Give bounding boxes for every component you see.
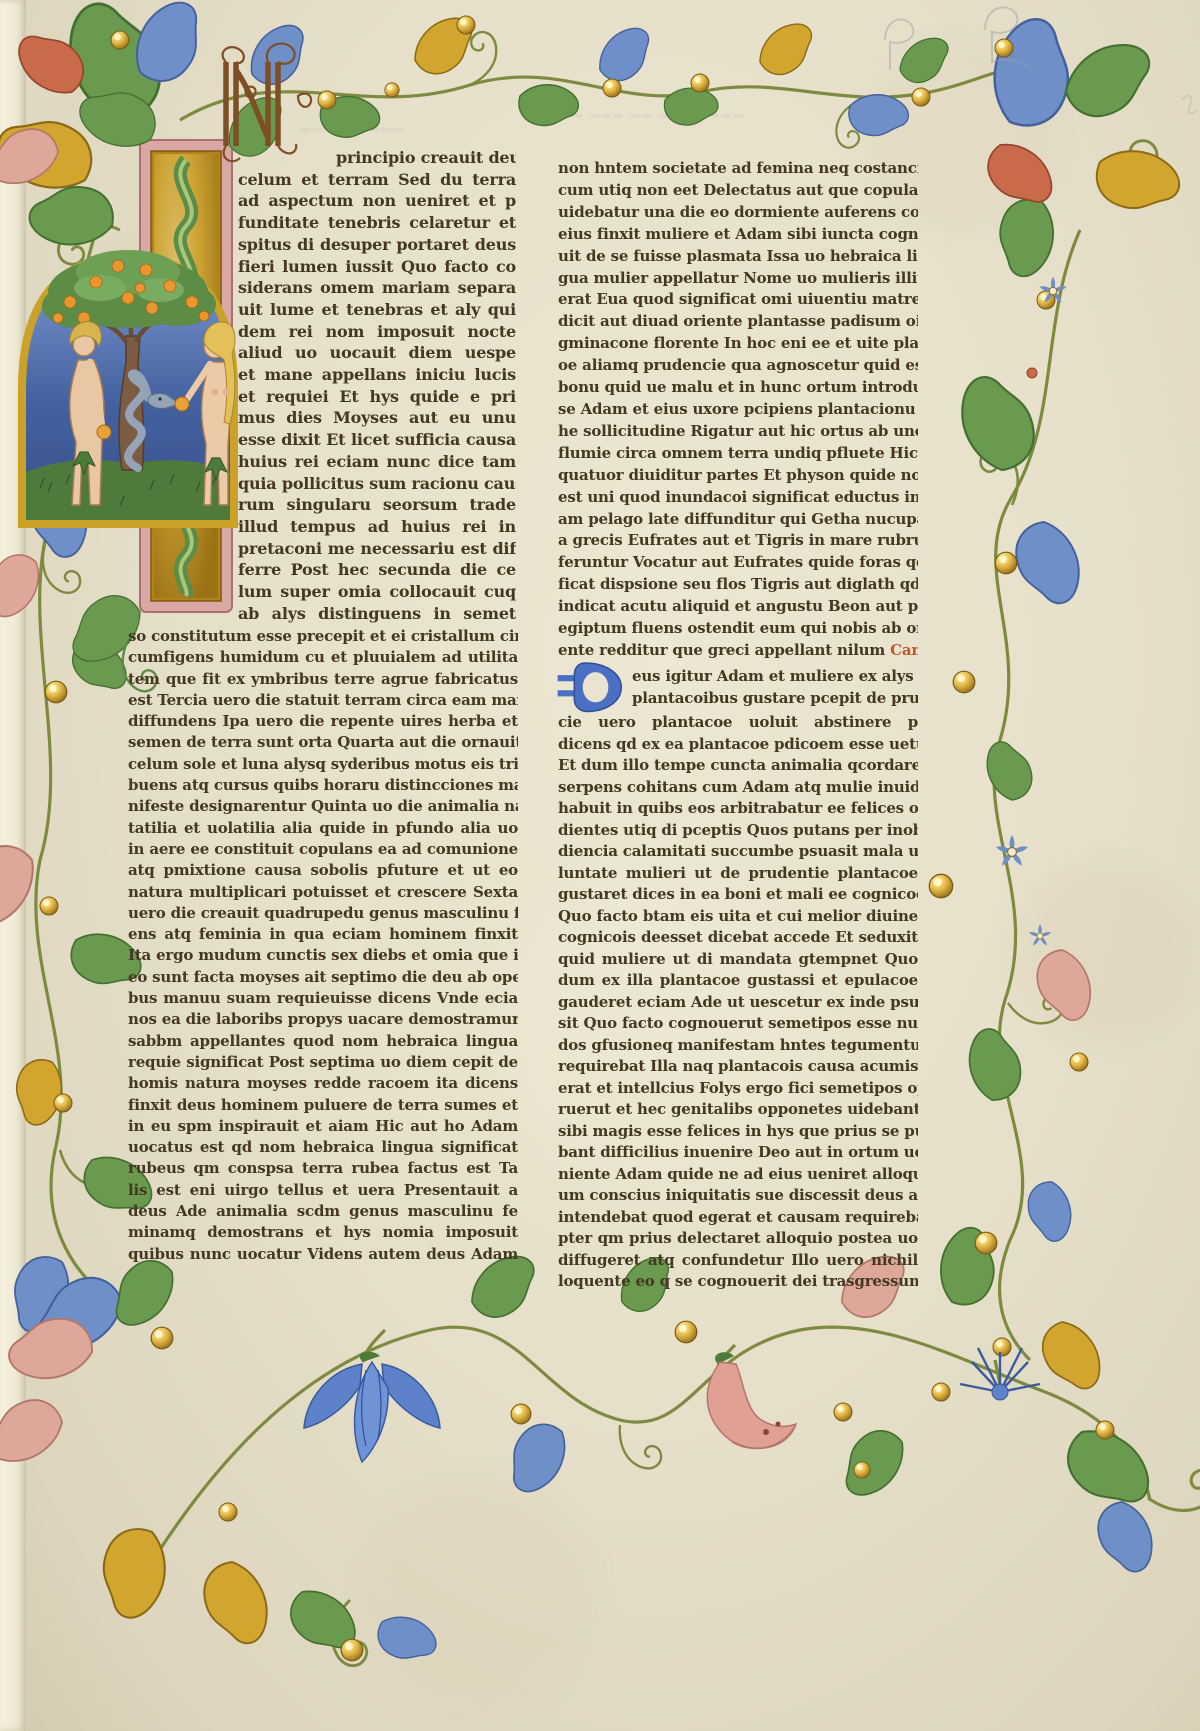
text-line: requie significat Post septima uo diem c… bbox=[128, 1052, 518, 1073]
eve-apple bbox=[175, 397, 189, 411]
text-line: rum singularu seorsum trade bbox=[238, 494, 516, 516]
text-line: finxit deus hominem puluere de terra sum… bbox=[128, 1095, 518, 1116]
text-line: eius finxit muliere et Adam sibi iuncta … bbox=[558, 224, 918, 246]
text-line: cum utiq non eet Delectatus aut que copu… bbox=[558, 180, 918, 202]
red-berry bbox=[1027, 368, 1037, 378]
text-line: nifeste designarentur Quinta uo die anim… bbox=[128, 796, 518, 817]
text-line: ad aspectum non ueniret et p bbox=[238, 190, 516, 212]
text-line: uidebatur una die eo dormiente auferens … bbox=[558, 202, 918, 224]
text-line: spitus di desuper portaret deus bbox=[238, 234, 516, 256]
nilum-line-text: ente redditur que greci appellant nilum bbox=[558, 641, 885, 659]
text-line: est Tercia uero die statuit terram circa… bbox=[128, 690, 518, 711]
text-line: diencia calamitati succumbe psuasit mala… bbox=[558, 841, 918, 863]
text-line: serpens cohitans cum Adam atq mulie inui… bbox=[558, 777, 918, 799]
manuscript-page: { "document": { "type": "Illuminated man… bbox=[0, 0, 1200, 1731]
text-line: et requiei Et hys quide e pri bbox=[238, 386, 516, 408]
text-line: cognicois deesset dicebat accede Et sedu… bbox=[558, 927, 918, 949]
text-line: indicat acutu aliquid et angustu Beon au… bbox=[558, 596, 918, 618]
text-line: niente Adam quide ne ad eius ueniret all… bbox=[558, 1164, 918, 1186]
left-column-upper: principio creauit deuscelum et terram Se… bbox=[238, 147, 516, 624]
pink-trumpet-flower bbox=[707, 1352, 796, 1448]
text-line: am pelago late diffunditur qui Getha nuc… bbox=[558, 509, 918, 531]
text-line: luntate mulieri ut de prudentie plantaco… bbox=[558, 863, 918, 885]
text-line: dientes utiq di pceptis Quos putans per … bbox=[558, 820, 918, 842]
text-line: quibus nunc uocatur Videns autem deus Ad… bbox=[128, 1244, 518, 1265]
text-line: lum super omia collocauit cuq bbox=[238, 581, 516, 603]
text-line: semen de terra sunt orta Quarta aut die … bbox=[128, 732, 518, 753]
text-line: Ita ergo mudum cunctis sex diebs et omia… bbox=[128, 945, 518, 966]
text-line: diffugeret atq confundetur Illo uero nic… bbox=[558, 1250, 918, 1272]
left-upper-lines: principio creauit deuscelum et terram Se… bbox=[238, 147, 516, 624]
text-line: Quo facto btam eis uita et cui melior di… bbox=[558, 906, 918, 928]
text-line: Et dum illo tempe cuncta animalia qcorda… bbox=[558, 755, 918, 777]
right-upper-lines: non hntem societate ad femina neq costan… bbox=[558, 158, 918, 640]
right-column-upper: non hntem societate ad femina neq costan… bbox=[558, 158, 918, 662]
text-line: dicit aut diuad oriente plantasse padisu… bbox=[558, 311, 918, 333]
text-line: feruntur Vocatur aut Eufrates quide fora… bbox=[558, 552, 918, 574]
text-line: habuit in quibs eos arbitrabatur ee feli… bbox=[558, 798, 918, 820]
text-line: rubeus qm conspsa terra rubea factus est… bbox=[128, 1158, 518, 1179]
text-line: loquente eo q se cognouerit dei trasgres… bbox=[558, 1271, 918, 1293]
text-line: ferre Post hec secunda die ce bbox=[238, 559, 516, 581]
text-line: lis est eni uirgo tellus et uera Present… bbox=[128, 1180, 518, 1201]
text-line: et mane appellans iniciu lucis bbox=[238, 364, 516, 386]
text-line: uit de se fuisse plasmata Issa uo hebrai… bbox=[558, 246, 918, 268]
text-line: pretaconi me necessariu est dif bbox=[238, 538, 516, 560]
text-line: quid muliere ut di mandata gtempnet Quo bbox=[558, 949, 918, 971]
text-line: bant difficilius inuenire Deo aut in ort… bbox=[558, 1142, 918, 1164]
text-line: uocatus est qd nom hebraica lingua signi… bbox=[128, 1137, 518, 1158]
text-line: cumfigens humidum cu et pluuialem ad uti… bbox=[128, 647, 518, 668]
text-line: homis natura moyses redde racoem ita dic… bbox=[128, 1073, 518, 1094]
text-line: mus dies Moyses aut eu unu bbox=[238, 407, 516, 429]
text-line: intendebat quod egerat et causam require… bbox=[558, 1207, 918, 1229]
text-line: gua mulier appellatur Nome uo mulieris i… bbox=[558, 268, 918, 290]
margin-flowers bbox=[995, 277, 1067, 947]
right-column-d-indent: eus igitur Adam et muliere ex alys qdepl… bbox=[632, 666, 918, 710]
text-line: dum ex illa plantacoe gustassi et epulac… bbox=[558, 970, 918, 992]
text-line: erat Eua quod significat omi uiuentiu ma… bbox=[558, 289, 918, 311]
text-line: quia pollicitus sum racionu causa bbox=[238, 473, 516, 495]
right-lower-lines: cie uero plantacoe uoluit abstinere pdic… bbox=[558, 712, 918, 1293]
text-line: tatilia et uolatilia alia quide in pfund… bbox=[128, 818, 518, 839]
text-line: ens atq feminia in qua eciam hominem fin… bbox=[128, 924, 518, 945]
text-line: non hntem societate ad femina neq costan… bbox=[558, 158, 918, 180]
text-line: esse dixit Et licet sufficia causa bbox=[238, 429, 516, 451]
text-line: fieri lumen iussit Quo facto co bbox=[238, 256, 516, 278]
adam-and-eve-miniature bbox=[22, 250, 235, 524]
text-line: celum et terram Sed du terra bbox=[238, 169, 516, 191]
text-line: gustaret dices in ea boni et mali ee cog… bbox=[558, 884, 918, 906]
text-line: illud tempus ad huius rei in bbox=[238, 516, 516, 538]
right-d-lines: eus igitur Adam et muliere ex alys qdepl… bbox=[632, 666, 918, 710]
text-line: natura multiplicari potuisset et crescer… bbox=[128, 882, 518, 903]
text-line: requirebat Illa naq plantacois causa acu… bbox=[558, 1056, 918, 1078]
text-line: deus Ade animalia scdm genus masculinu f… bbox=[128, 1201, 518, 1222]
text-line: eo sunt facta moyses ait septimo die deu… bbox=[128, 967, 518, 988]
text-line: he sollicitudine Rigatur aut hic ortus a… bbox=[558, 421, 918, 443]
text-line: bonu quid ue malu et in hunc ortum intro… bbox=[558, 377, 918, 399]
text-line: aliud uo uocauit diem uespe bbox=[238, 342, 516, 364]
text-line: nos ea die laboribs propys uacare demost… bbox=[128, 1009, 518, 1030]
text-line: ab alys distinguens in semet bbox=[238, 603, 516, 625]
text-line: siderans omem mariam separa bbox=[238, 277, 516, 299]
text-line: erat et intellcius Folys ergo fici semet… bbox=[558, 1078, 918, 1100]
text-line: sibi magis esse felices in hys que prius… bbox=[558, 1121, 918, 1143]
text-line: gauderet eciam Ade ut uescetur ex inde p… bbox=[558, 992, 918, 1014]
text-line: tem que fit ex ymbribus terre agrue fabr… bbox=[128, 669, 518, 690]
text-line: cie uero plantacoe uoluit abstinere p bbox=[558, 712, 918, 734]
text-line: minamq demostrans et hys nomia imposuit bbox=[128, 1222, 518, 1243]
adam-apple bbox=[97, 425, 111, 439]
text-line: so constitutum esse precepit et ei crist… bbox=[128, 626, 518, 647]
text-line: ruerut et hec genitalibs opponetes uideb… bbox=[558, 1099, 918, 1121]
text-line: se Adam et eius uxore pcipiens plantacio… bbox=[558, 399, 918, 421]
text-line: huius rei eciam nunc dice tam bbox=[238, 451, 516, 473]
text-line: uero die creauit quadrupedu genus mascul… bbox=[128, 903, 518, 924]
text-line: uit lume et tenebras et aly qui bbox=[238, 299, 516, 321]
text-line: celum sole et luna alysq syderibus motus… bbox=[128, 754, 518, 775]
text-line: atq pmixtione causa sobolis pfuture et u… bbox=[128, 860, 518, 881]
text-line: in eu spm inspirauit et aiam Hic aut ho … bbox=[128, 1116, 518, 1137]
text-line: dos gfusioneq manifestam hntes tegumentu… bbox=[558, 1035, 918, 1057]
blue-lily-flower bbox=[304, 1352, 440, 1462]
left-lower-lines: so constitutum esse precepit et ei crist… bbox=[128, 626, 518, 1265]
left-column-lower: so constitutum esse precepit et ei crist… bbox=[128, 626, 518, 1265]
serpent-eye bbox=[158, 397, 161, 400]
text-line: egiptum fluens ostendit eum qui nobis ab… bbox=[558, 618, 918, 640]
text-line: sabbm appellantes quod nom hebraica ling… bbox=[128, 1031, 518, 1052]
text-line: quatuor diuiditur partes Et physon quide… bbox=[558, 465, 918, 487]
nilum-rubric-line: ente redditur que greci appellant nilum … bbox=[558, 640, 918, 662]
text-line: dem rei nom imposuit nocte bbox=[238, 321, 516, 343]
text-line: plantacoibus gustare pcepit de prude bbox=[632, 688, 918, 710]
text-line: principio creauit deus bbox=[238, 147, 516, 169]
text-line: pter qm prius delectaret alloquio postea… bbox=[558, 1228, 918, 1250]
text-line: oe aliamq prudencie qua agnoscetur quid … bbox=[558, 355, 918, 377]
text-line: diffundens Ipa uero die repente uires he… bbox=[128, 711, 518, 732]
chapter-rubric: Camy bbox=[890, 641, 918, 659]
text-line: gminacone florente In hoc eni ee et uite… bbox=[558, 333, 918, 355]
text-line: sit Quo facto cognouerut semetipos esse … bbox=[558, 1013, 918, 1035]
lombard-initial-d bbox=[556, 660, 632, 716]
text-line: dicens qd ex ea plantacoe pdicoem esse u… bbox=[558, 734, 918, 756]
text-line: funditate tenebris celaretur et bbox=[238, 212, 516, 234]
text-line: bus manuu suam requieuisse dicens Vnde e… bbox=[128, 988, 518, 1009]
text-line: um conscius iniquitatis sue discessit de… bbox=[558, 1185, 918, 1207]
text-line: buens atq cursus quibs horaru distinccio… bbox=[128, 775, 518, 796]
text-line: est uni quod inundacoi significat eductu… bbox=[558, 487, 918, 509]
text-line: ficat dispsione seu flos Tigris aut digl… bbox=[558, 574, 918, 596]
text-line: in aere ee constituit copulans ea ad com… bbox=[128, 839, 518, 860]
text-line: a grecis Eufrates aut et Tigris in mare … bbox=[558, 530, 918, 552]
right-column-lower: cie uero plantacoe uoluit abstinere pdic… bbox=[558, 712, 918, 1293]
text-line: flumie circa omnem terra undiq pfluete H… bbox=[558, 443, 918, 465]
text-line: eus igitur Adam et muliere ex alys qde bbox=[632, 666, 918, 688]
